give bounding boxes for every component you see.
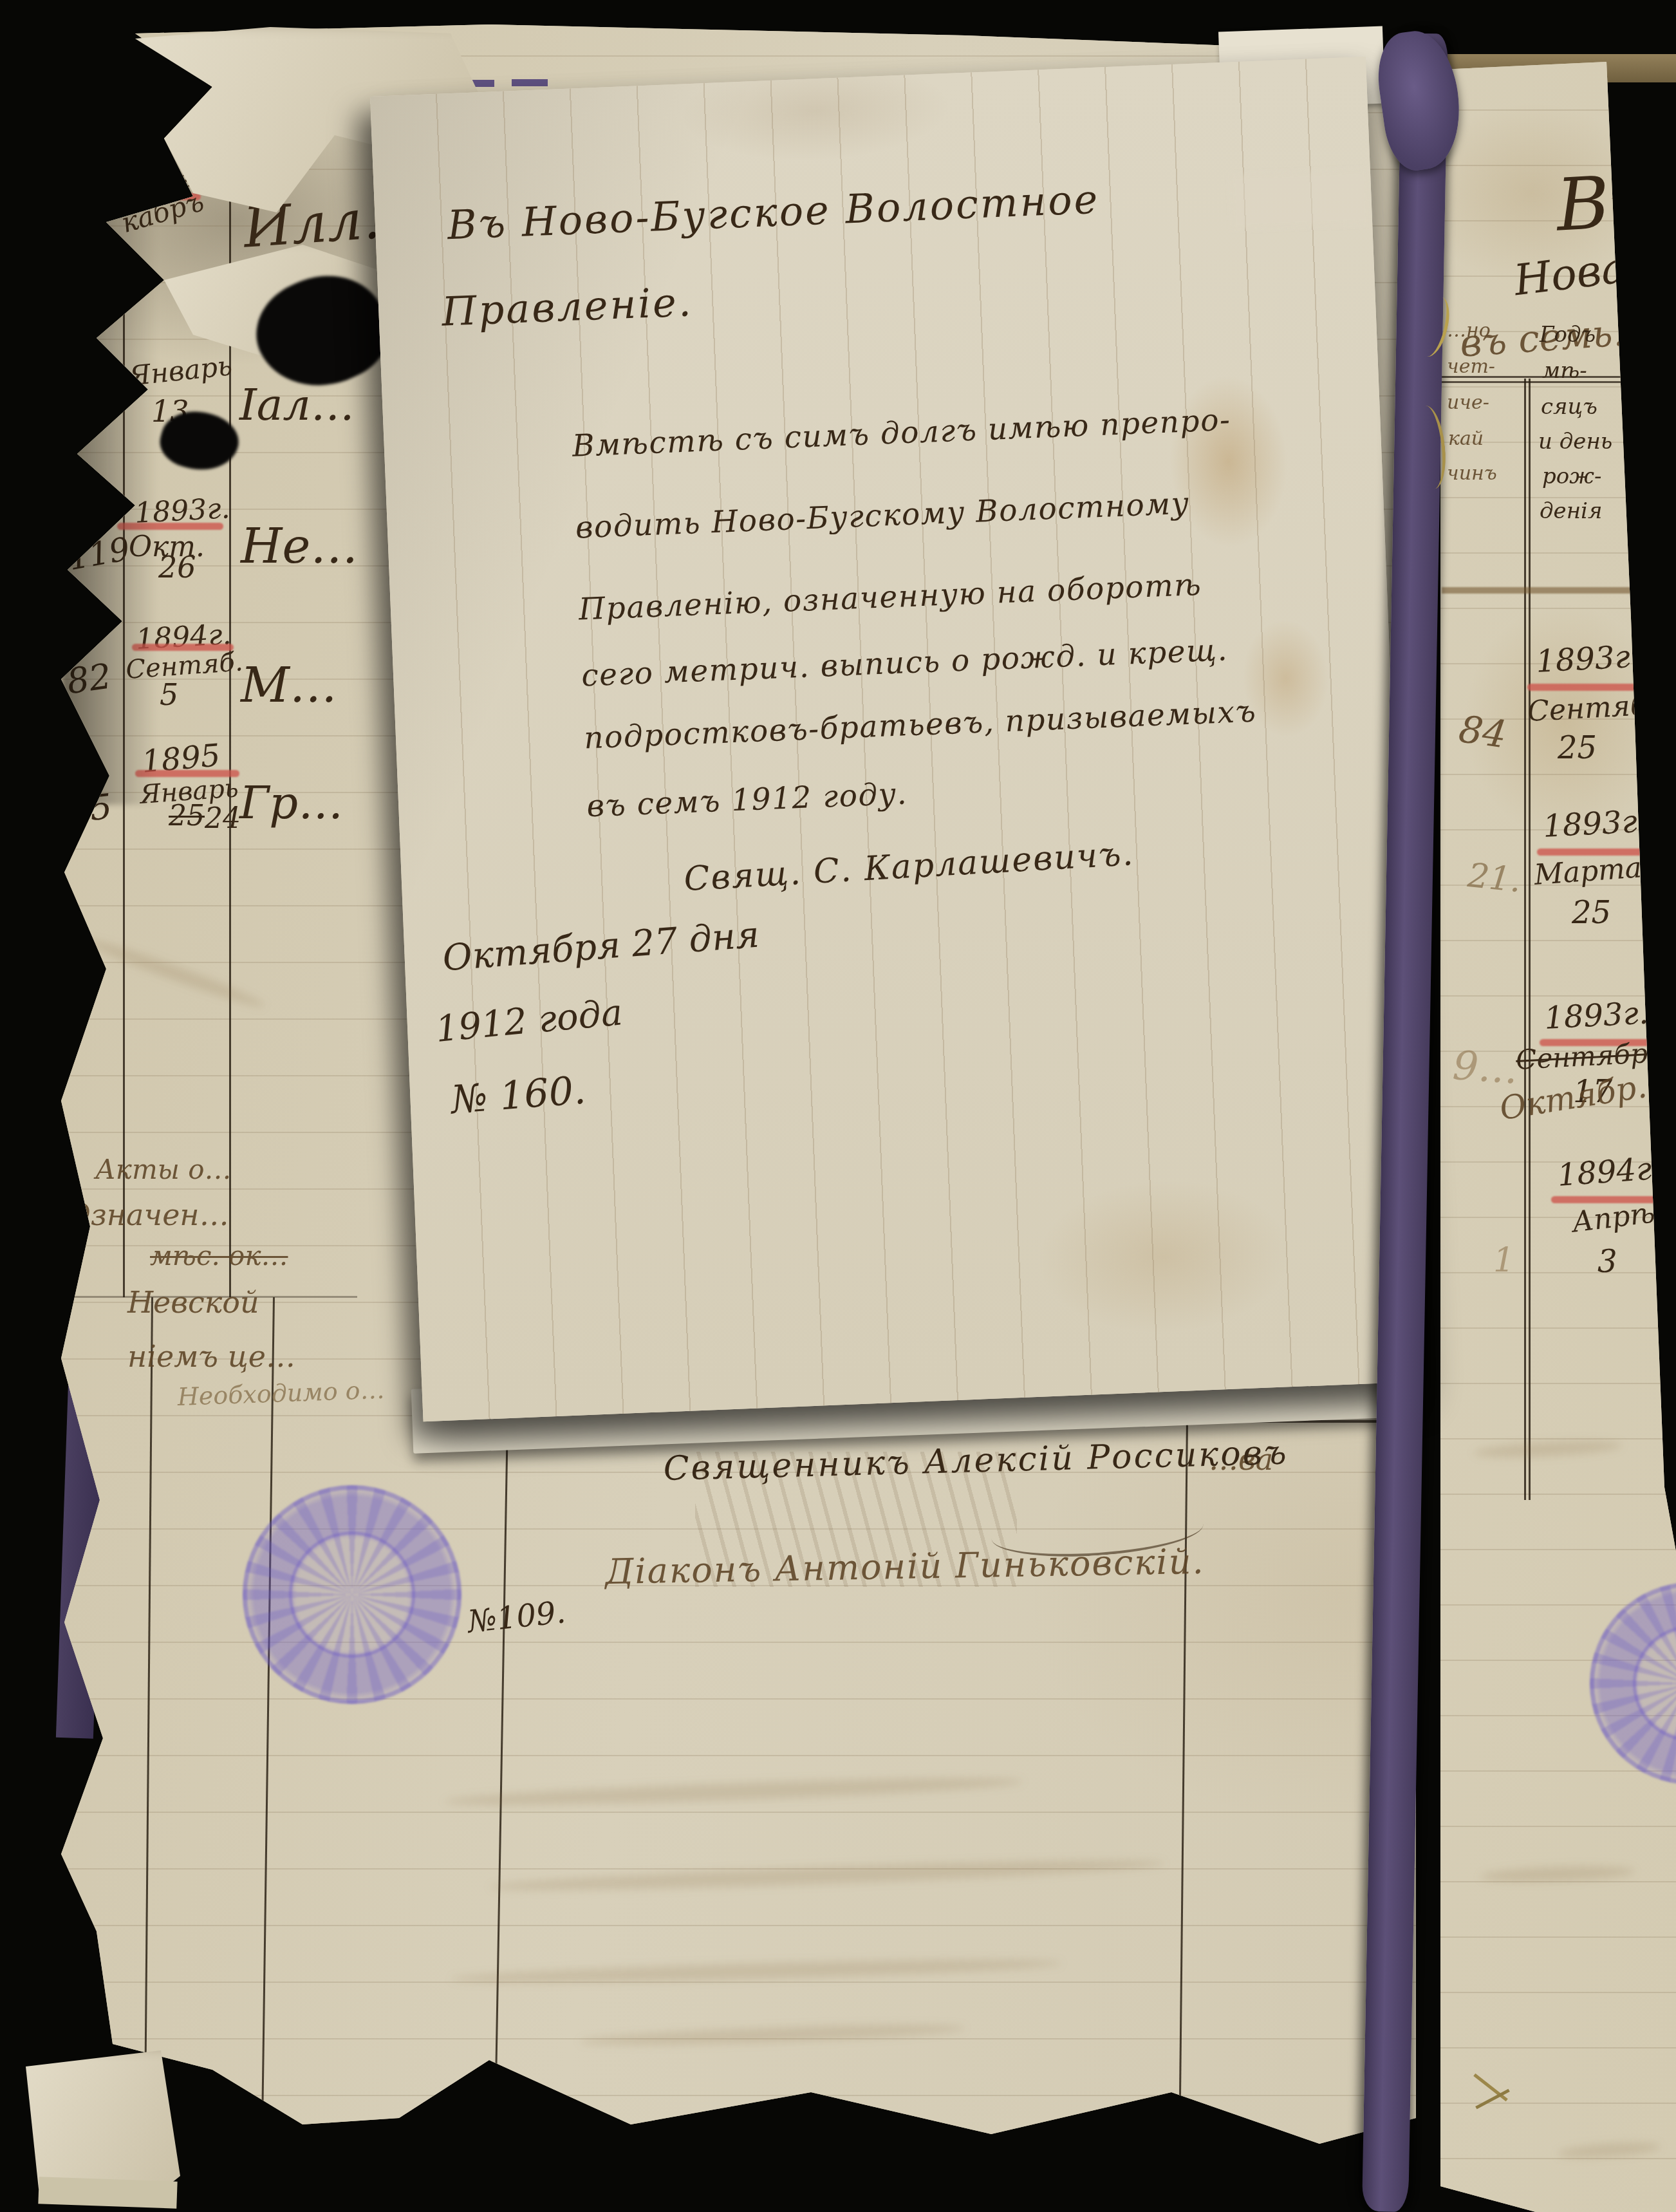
right-entry-day: 3 [1597,1244,1617,1280]
right-header-col2-line: и день [1538,429,1612,455]
right-entry-number: 84 [1457,707,1510,757]
right-entry-number: 1 [1493,1241,1514,1280]
letter-number: № 160. [449,1068,587,1123]
right-header-col2-line: Годъ [1540,322,1596,348]
bleedthrough-stroke [489,1855,1165,1896]
letter-body-line: подростковъ-братьевъ, призываемыхъ [583,694,1257,756]
right-header-col2-line: денія [1540,498,1602,524]
letter-body-line: Вмѣстѣ съ симъ долгъ имѣю препро- [572,402,1231,464]
margin-day: 26 [158,550,196,585]
ledger-note: ніемъ це… [127,1339,295,1374]
right-entry-day: 25 [1572,895,1611,931]
right-table-rule-top-b [1442,381,1632,383]
bleedthrough-stroke [1557,2140,1661,2160]
bleedthrough-stroke [579,2021,965,2049]
right-table-rule-brown [1442,587,1639,594]
ledger-note: Необходимо о… [177,1376,385,1411]
ledger-column-rule [495,1420,508,2083]
ledger-name-fragment: Гр… [239,776,343,829]
right-entry-number: 9… [1451,1042,1520,1093]
ledger-note: Невской [127,1285,259,1320]
bleedthrough-stroke [80,933,266,1012]
right-header-col2-line: мѣ- [1542,358,1587,384]
ledger-note: Акты о… [95,1154,232,1185]
bleedthrough-stroke [451,1956,1062,1987]
right-header-col2-line: рож- [1542,464,1601,489]
right-entry-month: Сентяб. [1527,689,1657,728]
letter-body-line: сего метрич. выпись о рожд. и крещ. [581,632,1229,693]
margin-day: 24 [205,802,241,835]
right-entry-day: 25 [1558,730,1597,766]
letter-page: Въ Ново-Бугское Волостное Правленіе. Вмѣ… [370,57,1419,1421]
right-top-fragment-1: Въ… [1554,155,1676,248]
ink-fade-patch [1230,169,1370,230]
right-entry-month: Марта [1533,851,1643,892]
bleedthrough-stroke [444,1773,1023,1810]
right-header-col1-line: чинъ [1447,462,1497,485]
ledger-name-fragment: Не… [241,519,358,574]
right-table-rule-vertical-b [1529,379,1531,1500]
right-entry-year: 1893г. [1535,639,1641,680]
purple-ink-stamp-left [243,1485,461,1704]
letter-body-line: Правленію, означенную на оборотѣ [578,567,1202,628]
right-table-rule-vertical-a [1524,379,1526,1500]
purple-ink-dash [512,79,548,86]
ledger-name-fragment: М… [241,658,337,713]
right-header-col1-line: чет- [1447,355,1495,378]
margin-day-struck: 25 [169,800,205,832]
letter-date-line1: Октября 27 дня [442,914,761,980]
tear-shadow [61,193,158,805]
loose-paper-scrap-under [38,2177,177,2208]
letter-body-line: въ семъ 1912 году. [586,776,908,824]
right-entry-number: 21. [1466,856,1523,900]
right-entry-year: 1893г. [1543,995,1649,1036]
right-header-col1-line: …но [1447,319,1491,342]
letter-body-line: водить Ново-Бугскому Волостному [575,485,1190,545]
bleedthrough-stroke [1480,1864,1635,1884]
letter-heading-line2: Правленіе. [441,278,694,335]
letter-signature: Свящ. С. Карлашевичъ. [683,834,1135,899]
right-header-col1-line: иче- [1447,391,1489,414]
ledger-column-rule [261,1297,275,2105]
bleedthrough-hatch [695,1452,1017,1587]
ledger-name-fragment: Іал… [239,380,355,431]
purple-ink-stamp-right [1590,1582,1676,1785]
ledger-note: Означен… [66,1197,229,1232]
red-dash [80,235,106,246]
letter-heading-line1: Въ Ново-Бугское Волостное [447,176,1101,249]
bleedthrough-stroke [1474,1438,1623,1460]
margin-day: 5 [160,677,178,712]
archival-photo: Въ… Новая… въ семь… …но чет- иче- кай чи… [0,0,1676,2212]
letter-date-line2: 1912 года [434,991,624,1051]
right-entry-year: 1894г. [1556,1150,1662,1194]
ledger-note-struck: мѣс. ок… [150,1240,288,1271]
right-header-col1-line: кай [1448,427,1484,450]
right-header-col2-line: сяцъ [1541,394,1597,420]
ledger-column-rule [144,1297,153,2089]
right-entry-year: 1893г. [1542,803,1648,845]
record-number: №109. [466,1594,567,1640]
